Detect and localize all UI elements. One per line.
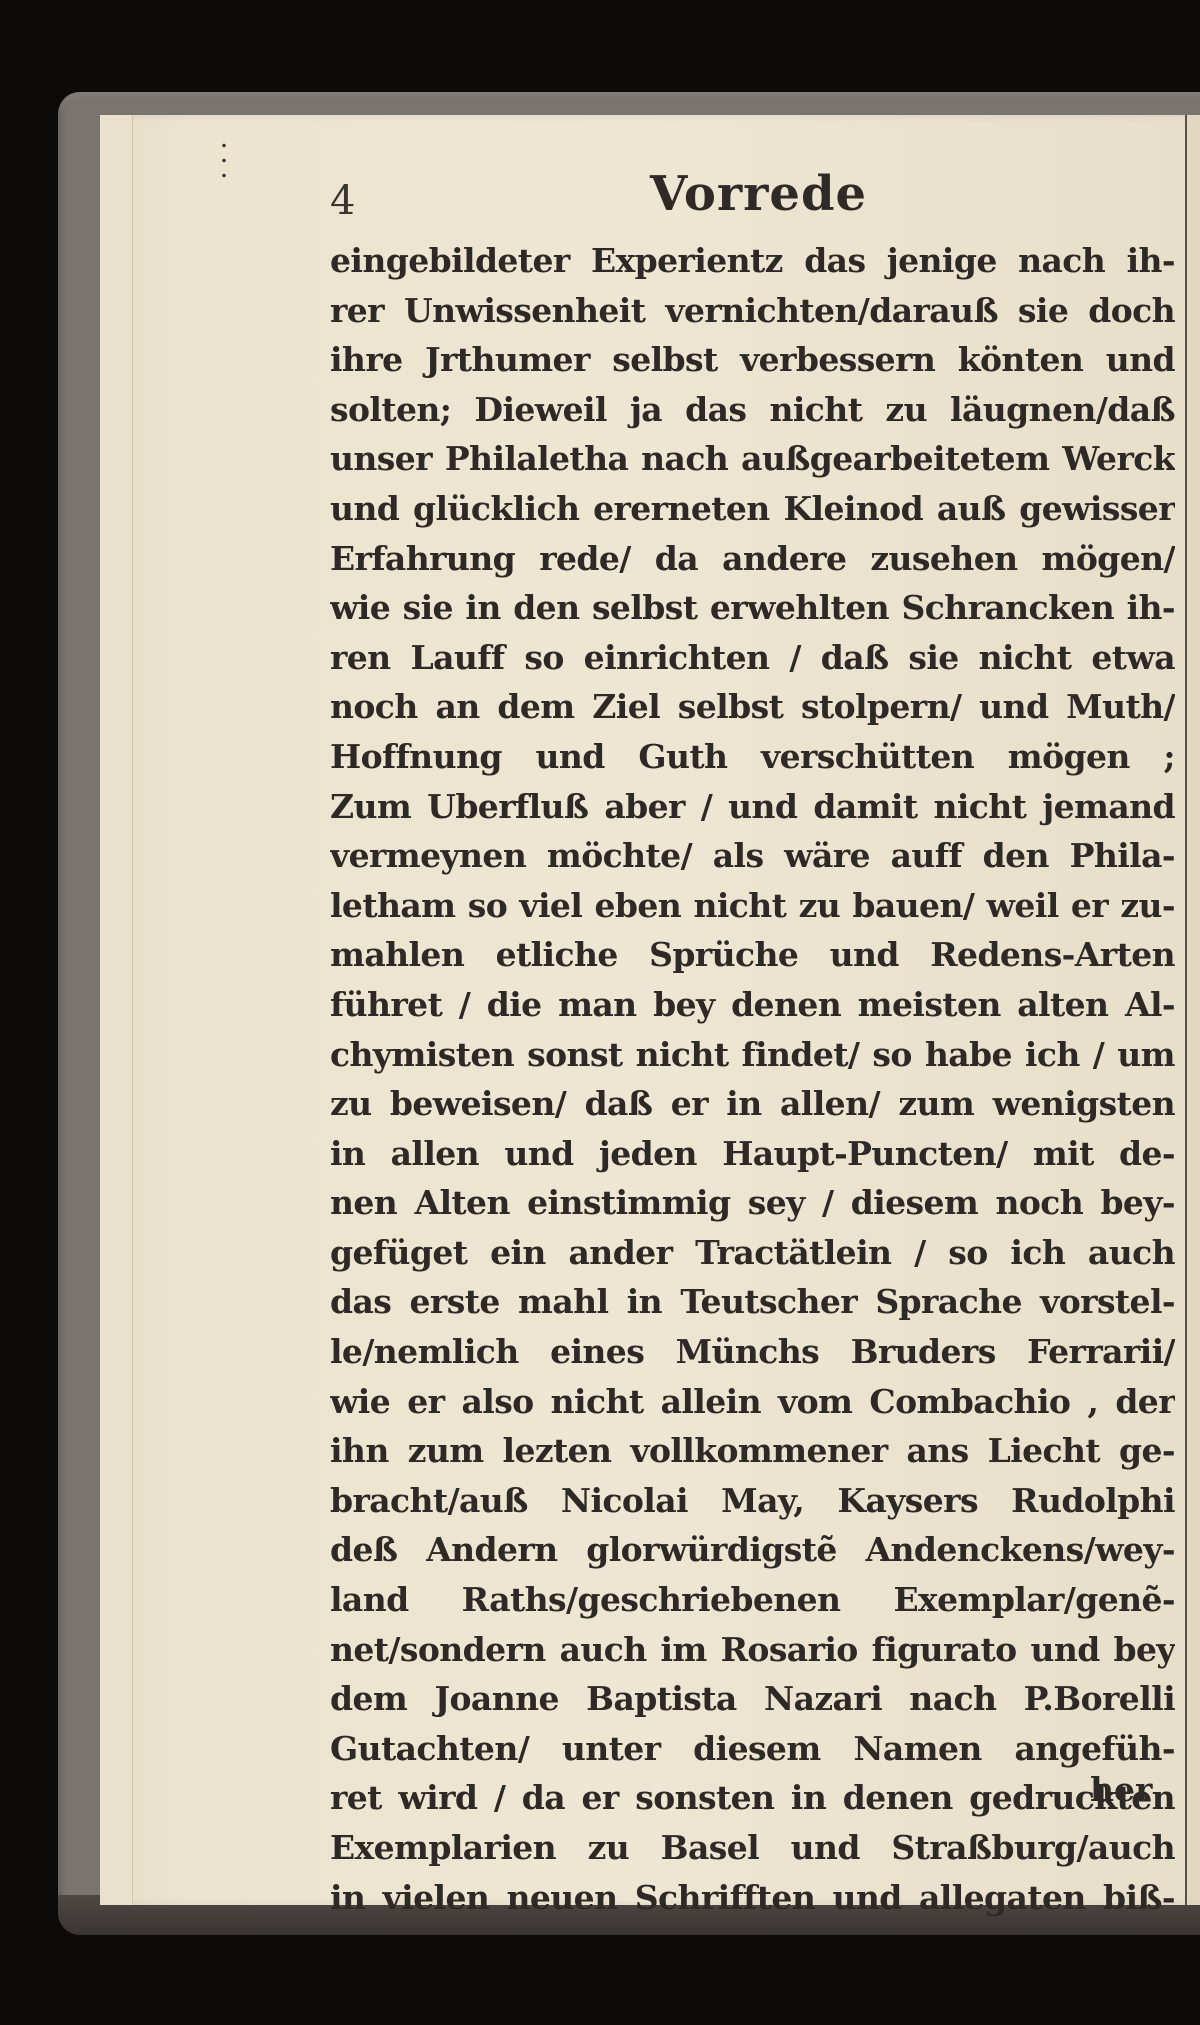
text-line: land Raths/geschriebenen Exemplar/genẽ- (330, 1575, 1175, 1625)
text-line: gefüget ein ander Tractätlein / so ich a… (330, 1228, 1175, 1278)
text-line: wie sie in den selbst erwehlten Schranck… (330, 583, 1175, 633)
page-edge-stack (100, 115, 133, 1905)
text-line: und glücklich ererneten Kleinod auß gewi… (330, 484, 1175, 534)
adjacent-page-edge (1185, 115, 1200, 1905)
text-line: bracht/auß Nicolai May, Kaysers Rudolphi (330, 1476, 1175, 1526)
text-line: unser Philaletha nach außgearbeitetem We… (330, 434, 1175, 484)
text-line: solten; Dieweil ja das nicht zu läugnen/… (330, 385, 1175, 435)
text-line: führet / die man bey denen meisten alten… (330, 980, 1175, 1030)
running-head: Vorrede (650, 166, 867, 222)
ink-specks (222, 138, 226, 188)
text-line: rer Unwissenheit vernichten/darauß sie d… (330, 286, 1175, 336)
text-line: noch an dem Ziel selbst stolpern/ und Mu… (330, 682, 1175, 732)
text-line: zu beweisen/ daß er in allen/ zum wenigs… (330, 1079, 1175, 1129)
body-text: eingebildeter Experientz das jenige nach… (330, 236, 1175, 1922)
text-line: ret wird / da er sonsten in denen gedruc… (330, 1773, 1175, 1823)
text-line: in vielen neuen Schrifften und allegaten… (330, 1873, 1175, 1923)
text-line: le/nemlich eines Münchs Bruders Ferrarii… (330, 1327, 1175, 1377)
text-line: letham so viel eben nicht zu bauen/ weil… (330, 881, 1175, 931)
text-line: ihre Jrthumer selbst verbessern könten u… (330, 335, 1175, 385)
text-line: Erfahrung rede/ da andere zusehen mögen/ (330, 534, 1175, 584)
text-line: wie er also nicht allein vom Combachio ,… (330, 1377, 1175, 1427)
text-line: dem Joanne Baptista Nazari nach P.Borell… (330, 1674, 1175, 1724)
text-line: Exemplarien zu Basel und Straßburg/auch (330, 1823, 1175, 1873)
text-line: vermeynen möchte/ als wäre auff den Phil… (330, 831, 1175, 881)
text-line: ihn zum lezten vollkommener ans Liecht g… (330, 1426, 1175, 1476)
text-line: chymisten sonst nicht findet/ so habe ic… (330, 1030, 1175, 1080)
text-line: deß Andern glorwürdigstẽ Andenckens/wey- (330, 1525, 1175, 1575)
catchword: her (1090, 1770, 1152, 1809)
text-line: nen Alten einstimmig sey / diesem noch b… (330, 1178, 1175, 1228)
text-line: Hoffnung und Guth verschütten mögen ; (330, 732, 1175, 782)
text-line: Zum Uberfluß aber / und damit nicht jema… (330, 782, 1175, 832)
text-line: net/sondern auch im Rosario figurato und… (330, 1625, 1175, 1675)
text-line: in allen und jeden Haupt-Puncten/ mit de… (330, 1129, 1175, 1179)
text-line: ren Lauff so einrichten / daß sie nicht … (330, 633, 1175, 683)
text-line: das erste mahl in Teutscher Sprache vors… (330, 1277, 1175, 1327)
text-line: Gutachten/ unter diesem Namen angefüh- (330, 1724, 1175, 1774)
text-line: mahlen etliche Sprüche und Redens-Arten (330, 930, 1175, 980)
text-line: eingebildeter Experientz das jenige nach… (330, 236, 1175, 286)
page-number: 4 (330, 178, 355, 224)
